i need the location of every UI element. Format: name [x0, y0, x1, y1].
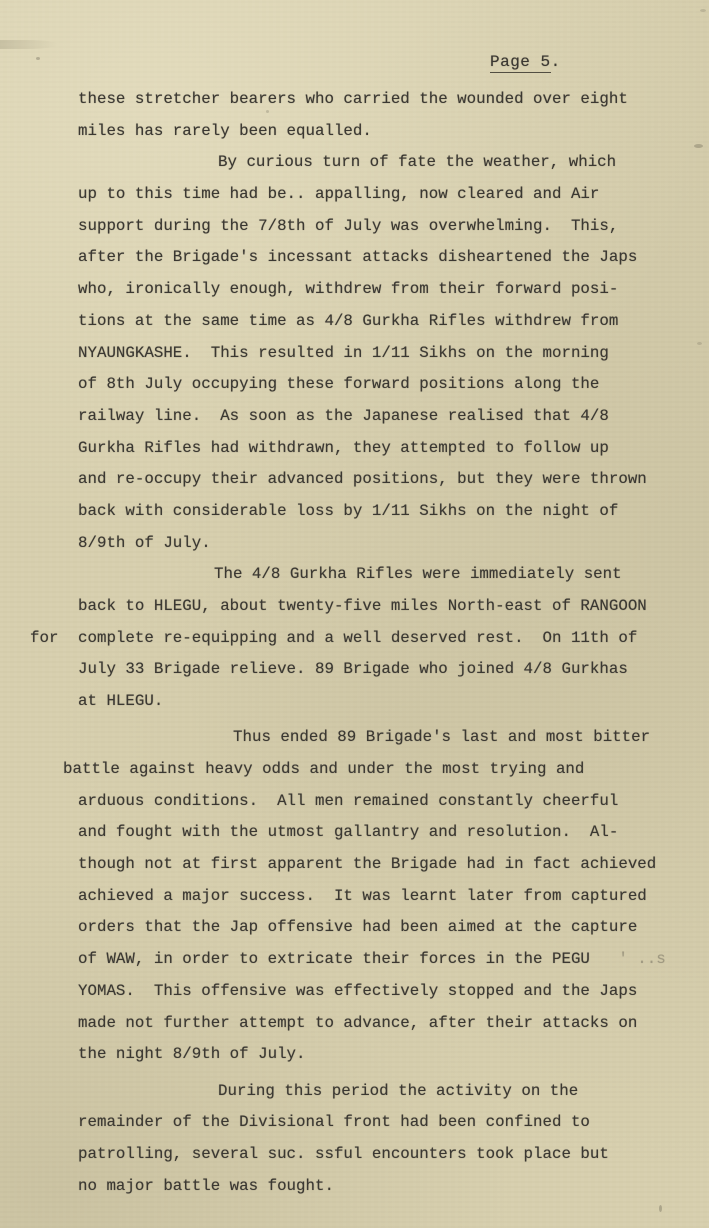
document-body: these stretcher bearers who carried the …: [78, 84, 678, 1202]
line-text: though not at first apparent the Brigade…: [78, 855, 656, 873]
page-number-period: .: [551, 53, 561, 71]
text-line: though not at first apparent the Brigade…: [78, 849, 678, 881]
text-line: orders that the Jap offensive had been a…: [78, 912, 678, 944]
paper-speck: [266, 110, 269, 113]
text-line: July 33 Brigade relieve. 89 Brigade who …: [78, 654, 678, 686]
text-line: remainder of the Divisional front had be…: [78, 1107, 678, 1139]
text-line: railway line. As soon as the Japanese re…: [78, 401, 678, 433]
text-line: arduous conditions. All men remained con…: [78, 786, 678, 818]
line-text: The 4/8 Gurkha Rifles were immediately s…: [214, 565, 622, 583]
line-text: During this period the activity on the: [218, 1082, 578, 1100]
line-text: and fought with the utmost gallantry and…: [78, 823, 618, 841]
text-line: battle against heavy odds and under the …: [63, 754, 678, 786]
text-line: of WAW, in order to extricate their forc…: [78, 944, 678, 976]
text-line: and re-occupy their advanced positions, …: [78, 464, 678, 496]
text-line: back with considerable loss by 1/11 Sikh…: [78, 496, 678, 528]
line-text: support during the 7/8th of July was ove…: [78, 217, 618, 235]
text-line: support during the 7/8th of July was ove…: [78, 211, 678, 243]
line-text: back with considerable loss by 1/11 Sikh…: [78, 502, 618, 520]
line-text: these stretcher bearers who carried the …: [78, 90, 628, 108]
line-text: orders that the Jap offensive had been a…: [78, 918, 637, 936]
line-text: By curious turn of fate the weather, whi…: [218, 153, 616, 171]
text-line: the night 8/9th of July.: [78, 1039, 678, 1071]
text-line: of 8th July occupying these forward posi…: [78, 369, 678, 401]
text-line: who, ironically enough, withdrew from th…: [78, 274, 678, 306]
line-text: back to HLEGU, about twenty-five miles N…: [78, 597, 647, 615]
text-line: back to HLEGU, about twenty-five miles N…: [78, 591, 678, 623]
text-line: Thus ended 89 Brigade's last and most bi…: [78, 722, 678, 754]
line-text: Thus ended 89 Brigade's last and most bi…: [233, 728, 650, 746]
text-line: at HLEGU.: [78, 686, 678, 718]
text-line: after the Brigade's incessant attacks di…: [78, 242, 678, 274]
text-line: By curious turn of fate the weather, whi…: [78, 147, 678, 179]
line-text: of WAW, in order to extricate their forc…: [78, 950, 590, 968]
margin-word: for: [30, 623, 58, 655]
line-text: tions at the same time as 4/8 Gurkha Rif…: [78, 312, 618, 330]
document-page: Page 5. these stretcher bearers who carr…: [0, 0, 709, 1228]
line-text: miles has rarely been equalled.: [78, 122, 372, 140]
line-text: up to this time had be.. appalling, now …: [78, 185, 599, 203]
text-line: 8/9th of July.: [78, 528, 678, 560]
paper-speck: [659, 1205, 662, 1212]
text-line: Gurkha Rifles had withdrawn, they attemp…: [78, 433, 678, 465]
line-text: of 8th July occupying these forward posi…: [78, 375, 599, 393]
line-text: remainder of the Divisional front had be…: [78, 1113, 590, 1131]
page-number: Page 5: [490, 53, 551, 73]
text-line: achieved a major success. It was learnt …: [78, 881, 678, 913]
text-line: NYAUNGKASHE. This resulted in 1/11 Sikhs…: [78, 338, 678, 370]
text-line: up to this time had be.. appalling, now …: [78, 179, 678, 211]
text-line: made not further attempt to advance, aft…: [78, 1008, 678, 1040]
paper-speck: [36, 57, 40, 60]
text-line: patrolling, several suc. ssful encounter…: [78, 1139, 678, 1171]
paper-speck: [697, 342, 702, 345]
text-line: no major battle was fought.: [78, 1171, 678, 1203]
paper-speck: [700, 9, 706, 12]
line-text: NYAUNGKASHE. This resulted in 1/11 Sikhs…: [78, 344, 609, 362]
line-text: patrolling, several suc. ssful encounter…: [78, 1145, 609, 1163]
line-text: YOMAS. This offensive was effectively st…: [78, 982, 637, 1000]
line-text: after the Brigade's incessant attacks di…: [78, 248, 637, 266]
line-text: Gurkha Rifles had withdrawn, they attemp…: [78, 439, 609, 457]
line-text: railway line. As soon as the Japanese re…: [78, 407, 609, 425]
faded-type-marks: ' ..s: [590, 950, 666, 968]
text-line: During this period the activity on the: [78, 1076, 678, 1108]
line-text: battle against heavy odds and under the …: [63, 760, 584, 778]
line-text: no major battle was fought.: [78, 1177, 334, 1195]
paper-smudge: [0, 40, 58, 49]
text-line: these stretcher bearers who carried the …: [78, 84, 678, 116]
line-text: achieved a major success. It was learnt …: [78, 887, 647, 905]
line-text: arduous conditions. All men remained con…: [78, 792, 618, 810]
line-text: July 33 Brigade relieve. 89 Brigade who …: [78, 660, 628, 678]
text-line: The 4/8 Gurkha Rifles were immediately s…: [78, 559, 678, 591]
line-text: 8/9th of July.: [78, 534, 211, 552]
line-text: made not further attempt to advance, aft…: [78, 1014, 637, 1032]
text-line: YOMAS. This offensive was effectively st…: [78, 976, 678, 1008]
line-text: and re-occupy their advanced positions, …: [78, 470, 647, 488]
text-line: miles has rarely been equalled.: [78, 116, 678, 148]
text-line: and fought with the utmost gallantry and…: [78, 817, 678, 849]
line-text: who, ironically enough, withdrew from th…: [78, 280, 618, 298]
line-text: complete re-equipping and a well deserve…: [78, 629, 637, 647]
line-text: at HLEGU.: [78, 692, 163, 710]
text-line: tions at the same time as 4/8 Gurkha Rif…: [78, 306, 678, 338]
text-line: complete re-equipping and a well deserve…: [78, 623, 678, 655]
line-text: the night 8/9th of July.: [78, 1045, 306, 1063]
paper-speck: [694, 144, 703, 148]
page-header: Page 5.: [490, 53, 561, 71]
